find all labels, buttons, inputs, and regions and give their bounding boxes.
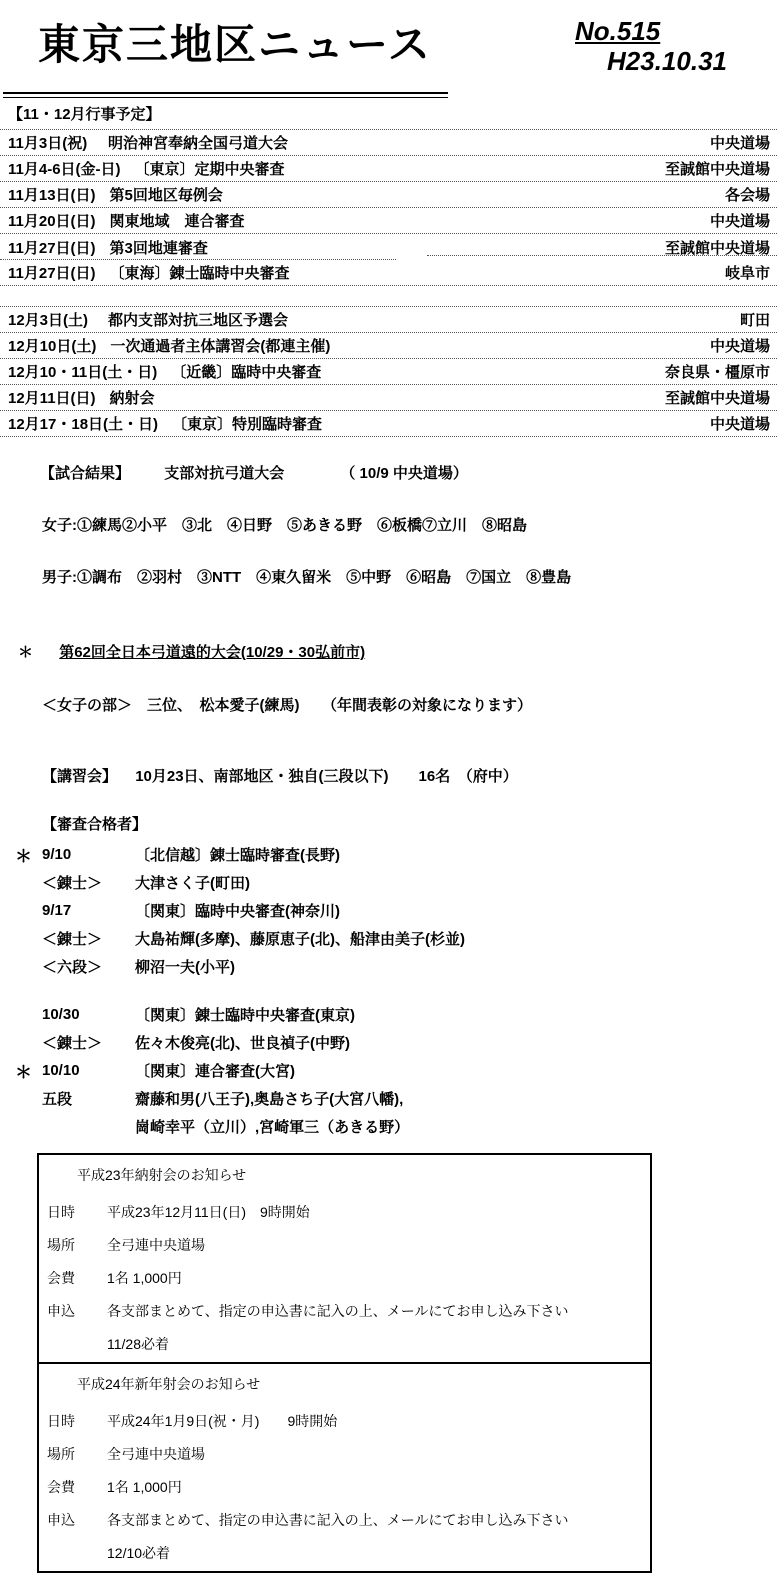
notice-row-value: 各支部まとめて、指定の申込書に記入の上、メールにてお申し込み下さい <box>107 1511 644 1530</box>
notice-row-value: 1名 1,000円 <box>107 1478 644 1497</box>
schedule-row: 11月13日(日) 第5回地区毎例会 各会場 <box>0 182 777 208</box>
schedule-row-left: 12月3日(土) 都内支部対抗三地区予選会 <box>8 309 288 330</box>
schedule-row-left: 11月27日(日) 〔東海〕錬士臨時中央審査 <box>8 262 290 283</box>
notice-row-label: 申込 <box>47 1511 107 1530</box>
december-schedule-table: 12月3日(土) 都内支部対抗三地区予選会 町田 12月10日(土) 一次通過者… <box>0 306 777 437</box>
notice-row-value: 全弓連中央道場 <box>107 1236 644 1255</box>
schedule-row-left: 11月20日(日) 関東地域 連合審査 <box>8 210 245 231</box>
exam-row-label: 9/10 <box>42 846 135 863</box>
schedule-row: 12月11日(日) 納射会 至誠館中央道場 <box>0 385 777 411</box>
exam-row-label: ＜六段＞ <box>42 956 135 977</box>
exam-row-text: 大島祐輝(多摩)、藤原恵子(北)、船津由美子(杉並) <box>135 928 777 949</box>
notice-row: 場所 全弓連中央道場 <box>47 1445 644 1464</box>
exam-row-text: 崗崎幸平（立川）,宮崎軍三（あきる野） <box>135 1116 777 1137</box>
event-title: 関東地域 連合審査 <box>110 210 245 231</box>
event-venue: 至誠館中央道場 <box>665 387 770 408</box>
event-title: 都内支部対抗三地区予選会 <box>108 309 288 330</box>
event-date: 11月27日(日) <box>8 237 96 258</box>
schedule-row-left: 11月13日(日) 第5回地区毎例会 <box>8 184 223 205</box>
event-venue: 至誠館中央道場 <box>665 158 770 179</box>
notice-row: 申込 各支部まとめて、指定の申込書に記入の上、メールにてお申し込み下さい <box>47 1302 644 1321</box>
event-venue: 町田 <box>740 309 770 330</box>
exam-row-label: ＜錬士＞ <box>42 872 135 893</box>
exam-list-october: 10/30 〔関東〕錬士臨時中央審査(東京) ＜錬士＞ 佐々木俊亮(北)、世良禎… <box>0 1000 777 1140</box>
exam-row-label: ＜錬士＞ <box>42 928 135 949</box>
enteki-tournament-title: 第62回全日本弓道遠的大会(10/29・30弘前市) <box>59 644 365 661</box>
schedule-row-left: 12月10日(土) 一次通過者主体講習会(都連主催) <box>8 335 330 356</box>
event-venue: 中央道場 <box>710 413 770 434</box>
tournament-name: 支部対抗弓道大会 <box>164 465 284 482</box>
schedule-heading: 【11・12月行事予定】 <box>8 103 161 124</box>
event-date: 12月17・18日(土・日) <box>8 413 158 434</box>
enteki-result-line: ＜女子の部＞ 三位、 松本愛子(練馬) （年間表彰の対象になります） <box>42 694 532 715</box>
exam-result-row: ＊ 9/10 〔北信越〕錬士臨時審査(長野) <box>0 840 777 868</box>
exam-row-label: 10/10 <box>42 1062 135 1079</box>
notice-row-label: 日時 <box>47 1412 107 1431</box>
exam-row-text: 大津さく子(町田) <box>135 872 777 893</box>
seminar-detail: 10月23日、南部地区・独自(三段以下) 16名 （府中） <box>135 768 518 785</box>
notice-row: 日時 平成24年1月9日(祝・月) 9時開始 <box>47 1412 644 1431</box>
notice-rows: 日時 平成23年12月11日(日) 9時開始 場所 全弓連中央道場 会費 1名 … <box>47 1203 644 1354</box>
event-venue: 中央道場 <box>710 210 770 231</box>
exam-row-label: 10/30 <box>42 1006 135 1023</box>
event-date: 12月10・11日(土・日) <box>8 361 157 382</box>
notice-rows: 日時 平成24年1月9日(祝・月) 9時開始 場所 全弓連中央道場 会費 1名 … <box>47 1412 644 1563</box>
notice-row-label: 会費 <box>47 1269 107 1288</box>
event-title: 納射会 <box>110 387 155 408</box>
schedule-row: 11月27日(日) 〔東海〕錬士臨時中央審査 岐阜市 <box>0 260 777 286</box>
notice-row-value: 各支部まとめて、指定の申込書に記入の上、メールにてお申し込み下さい <box>107 1302 644 1321</box>
schedule-row-left: 12月11日(日) 納射会 <box>8 387 155 408</box>
exam-result-row: 五段 齋藤和男(八王子),奥島さち子(大宮八幡), <box>0 1084 777 1112</box>
notice-box: 平成23年納射会のお知らせ 日時 平成23年12月11日(日) 9時開始 場所 … <box>37 1153 652 1573</box>
event-date: 11月13日(日) <box>8 184 96 205</box>
exam-result-row: ＊ 10/10 〔関東〕連合審査(大宮) <box>0 1056 777 1084</box>
exam-result-row: ＜錬士＞ 大津さく子(町田) <box>0 868 777 896</box>
event-venue: 中央道場 <box>710 132 770 153</box>
page-title: 東京三地区ニュース <box>38 12 432 72</box>
notice-row: 日時 平成23年12月11日(日) 9時開始 <box>47 1203 644 1222</box>
seminar-heading: 【講習会】 <box>42 768 117 785</box>
schedule-row-left: 11月4-6日(金-日) 〔東京〕定期中央審査 <box>8 158 285 179</box>
match-results-line: 【試合結果】 支部対抗弓道大会 （ 10/9 中央道場） <box>40 462 468 483</box>
newsletter-page: 東京三地区ニュース No.515 H23.10.31 【11・12月行事予定】 … <box>0 0 777 1585</box>
event-title: 〔近畿〕臨時中央審査 <box>171 361 321 382</box>
notice-row-label: 申込 <box>47 1302 107 1321</box>
exam-row-text: 齋藤和男(八王子),奥島さち子(大宮八幡), <box>135 1088 777 1109</box>
notice-row: 申込 各支部まとめて、指定の申込書に記入の上、メールにてお申し込み下さい <box>47 1511 644 1530</box>
notice-row-value: 平成24年1月9日(祝・月) 9時開始 <box>107 1412 644 1431</box>
notice-row: 12/10必着 <box>47 1544 644 1563</box>
notice-title: 平成24年新年射会のお知らせ <box>47 1374 644 1394</box>
event-venue: 岐阜市 <box>725 262 770 283</box>
notice-row-label <box>47 1544 107 1563</box>
event-date: 12月11日(日) <box>8 387 96 408</box>
notice-shinnen: 平成24年新年射会のお知らせ 日時 平成24年1月9日(祝・月) 9時開始 場所… <box>39 1364 650 1563</box>
event-venue: 至誠館中央道場 <box>665 237 770 258</box>
notice-title: 平成23年納射会のお知らせ <box>47 1165 644 1185</box>
event-date: 11月4-6日(金-日) <box>8 158 121 179</box>
schedule-row: 12月17・18日(土・日) 〔東京〕特別臨時審査 中央道場 <box>0 411 777 437</box>
women-results: 女子:①練馬②小平 ③北 ④日野 ⑤あきる野 ⑥板橋⑦立川 ⑧昭島 <box>42 514 527 535</box>
november-schedule-table: 11月3日(祝) 明治神宮奉納全国弓道大会 中央道場 11月4-6日(金-日) … <box>0 129 777 286</box>
notice-row-value: 12/10必着 <box>107 1544 644 1563</box>
notice-row-label: 場所 <box>47 1445 107 1464</box>
exam-result-row: 10/30 〔関東〕錬士臨時中央審査(東京) <box>0 1000 777 1028</box>
notice-row-label: 場所 <box>47 1236 107 1255</box>
notice-row-label: 会費 <box>47 1478 107 1497</box>
event-title: 一次通過者主体講習会(都連主催) <box>110 335 330 356</box>
exam-result-row: 9/17 〔関東〕臨時中央審査(神奈川) <box>0 896 777 924</box>
event-venue: 各会場 <box>725 184 770 205</box>
exam-row-text: 〔関東〕錬士臨時中央審査(東京) <box>135 1004 777 1025</box>
event-date: 11月27日(日) <box>8 262 96 283</box>
tournament-venue-note: （ 10/9 中央道場） <box>340 465 468 482</box>
schedule-row: 12月10日(土) 一次通過者主体講習会(都連主催) 中央道場 <box>0 333 777 359</box>
exam-row-text: 佐々木俊亮(北)、世良禎子(中野) <box>135 1032 777 1053</box>
men-results: 男子:①調布 ②羽村 ③NTT ④東久留米 ⑤中野 ⑥昭島 ⑦国立 ⑧豊島 <box>42 566 571 587</box>
schedule-row: 11月4-6日(金-日) 〔東京〕定期中央審査 至誠館中央道場 <box>0 156 777 182</box>
event-title: 第5回地区毎例会 <box>110 184 223 205</box>
event-title: 第3回地連審査 <box>110 237 208 258</box>
exam-row-label: 五段 <box>42 1088 135 1109</box>
exam-row-text: 〔北信越〕錬士臨時審査(長野) <box>135 844 777 865</box>
notice-row-value: 全弓連中央道場 <box>107 1445 644 1464</box>
notice-row-value: 11/28必着 <box>107 1335 644 1354</box>
exam-row-text: 〔関東〕連合審査(大宮) <box>135 1060 777 1081</box>
schedule-row: 11月27日(日) 第3回地連審査 至誠館中央道場 <box>0 234 777 260</box>
exam-row-text: 〔関東〕臨時中央審査(神奈川) <box>135 900 777 921</box>
exam-row-marker: ＊ <box>0 842 42 867</box>
exam-row-label: ＜錬士＞ <box>42 1032 135 1053</box>
schedule-row-left: 12月10・11日(土・日) 〔近畿〕臨時中央審査 <box>8 361 321 382</box>
match-results-heading: 【試合結果】 <box>40 465 130 482</box>
notice-row: 会費 1名 1,000円 <box>47 1478 644 1497</box>
notice-row-value: 1名 1,000円 <box>107 1269 644 1288</box>
issue-block: No.515 H23.10.31 <box>575 16 727 76</box>
schedule-row-left: 11月3日(祝) 明治神宮奉納全国弓道大会 <box>8 132 288 153</box>
notice-row: 会費 1名 1,000円 <box>47 1269 644 1288</box>
enteki-heading-line: ＊ 第62回全日本弓道遠的大会(10/29・30弘前市) <box>18 641 365 662</box>
seminar-line: 【講習会】 10月23日、南部地区・独自(三段以下) 16名 （府中） <box>42 765 518 786</box>
schedule-row: 12月10・11日(土・日) 〔近畿〕臨時中央審査 奈良県・橿原市 <box>0 359 777 385</box>
event-title: 〔東京〕特別臨時審査 <box>172 413 322 434</box>
exam-heading: 【審査合格者】 <box>42 813 147 834</box>
exam-row-label: 9/17 <box>42 902 135 919</box>
schedule-row: 12月3日(土) 都内支部対抗三地区予選会 町田 <box>0 307 777 333</box>
notice-row: 11/28必着 <box>47 1335 644 1354</box>
event-title: 〔東京〕定期中央審査 <box>135 158 285 179</box>
notice-nousha: 平成23年納射会のお知らせ 日時 平成23年12月11日(日) 9時開始 場所 … <box>39 1155 650 1364</box>
asterisk-marker: ＊ <box>18 644 33 661</box>
exam-row-text: 柳沼一夫(小平) <box>135 956 777 977</box>
exam-row-marker: ＊ <box>0 1058 42 1083</box>
exam-list-september: ＊ 9/10 〔北信越〕錬士臨時審査(長野) ＜錬士＞ 大津さく子(町田) 9/… <box>0 840 777 980</box>
event-date: 11月3日(祝) <box>8 132 94 153</box>
event-title: 明治神宮奉納全国弓道大会 <box>108 132 288 153</box>
issue-number: No.515 <box>575 16 727 46</box>
notice-row: 場所 全弓連中央道場 <box>47 1236 644 1255</box>
schedule-row: 11月20日(日) 関東地域 連合審査 中央道場 <box>0 208 777 234</box>
issue-date: H23.10.31 <box>607 46 727 76</box>
exam-result-row: ＜錬士＞ 佐々木俊亮(北)、世良禎子(中野) <box>0 1028 777 1056</box>
schedule-row: 11月3日(祝) 明治神宮奉納全国弓道大会 中央道場 <box>0 130 777 156</box>
event-venue: 中央道場 <box>710 335 770 356</box>
event-title: 〔東海〕錬士臨時中央審査 <box>110 262 290 283</box>
schedule-row-left: 11月27日(日) 第3回地連審査 <box>8 237 208 258</box>
notice-row-label <box>47 1335 107 1354</box>
notice-row-value: 平成23年12月11日(日) 9時開始 <box>107 1203 644 1222</box>
event-date: 12月3日(土) <box>8 309 94 330</box>
title-double-rule <box>3 92 448 98</box>
schedule-row-left: 12月17・18日(土・日) 〔東京〕特別臨時審査 <box>8 413 322 434</box>
event-venue: 奈良県・橿原市 <box>665 361 770 382</box>
exam-result-row: ＜六段＞ 柳沼一夫(小平) <box>0 952 777 980</box>
event-date: 11月20日(日) <box>8 210 96 231</box>
event-date: 12月10日(土) <box>8 335 96 356</box>
exam-result-row: ＜錬士＞ 大島祐輝(多摩)、藤原恵子(北)、船津由美子(杉並) <box>0 924 777 952</box>
notice-row-label: 日時 <box>47 1203 107 1222</box>
exam-result-row: 崗崎幸平（立川）,宮崎軍三（あきる野） <box>0 1112 777 1140</box>
